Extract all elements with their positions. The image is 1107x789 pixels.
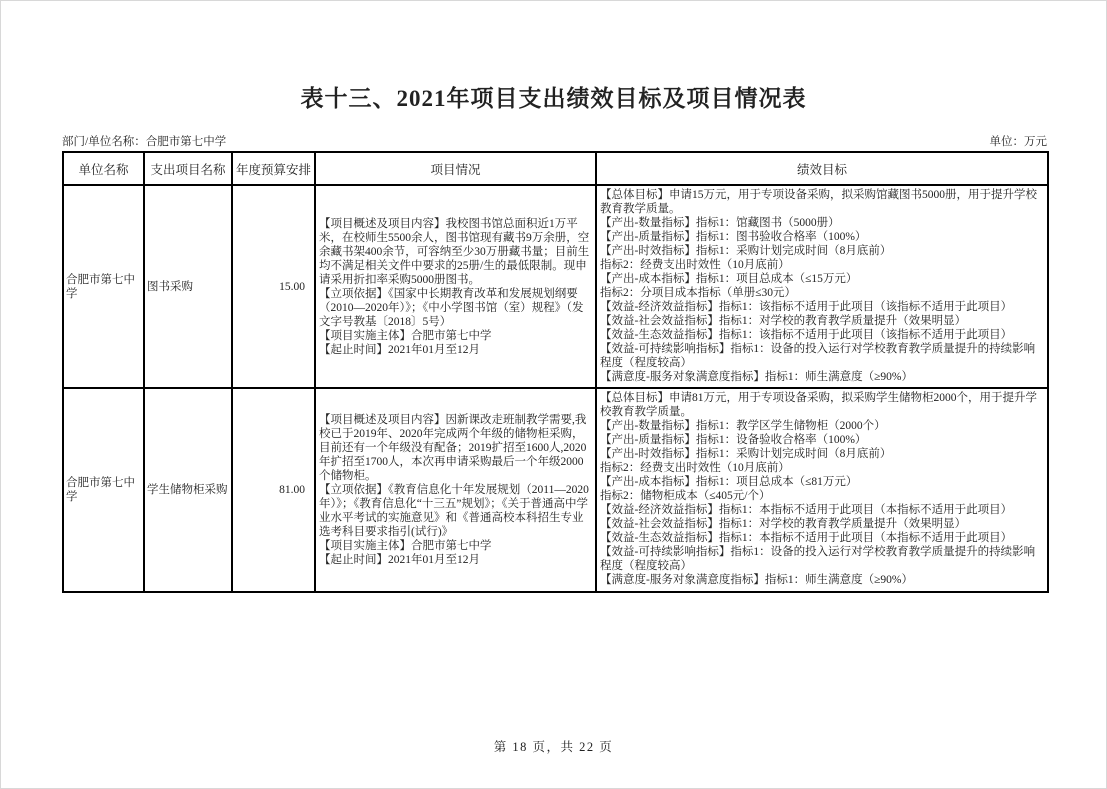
paragraph: 指标2：经费支出时效性（10月底前） — [600, 258, 1043, 272]
paragraph: 【产出-成本指标】指标1：项目总成本（≤15万元） — [600, 272, 1043, 286]
paragraph: 【效益-经济效益指标】指标1：该指标不适用于此项目（该指标不适用于此项目） — [600, 300, 1043, 314]
paragraph: 【项目概述及项目内容】我校图书馆总面积近1万平米，在校师生5500余人，图书馆现… — [319, 217, 591, 287]
cell-project-situation: 【项目概述及项目内容】我校图书馆总面积近1万平米，在校师生5500余人，图书馆现… — [315, 185, 596, 388]
currency-unit-label: 单位：万元 — [990, 135, 1048, 149]
paragraph: 【产出-质量指标】指标1：图书验收合格率（100%） — [600, 230, 1043, 244]
paragraph: 【效益-社会效益指标】指标1：对学校的教育教学质量提升（效果明显） — [600, 517, 1043, 531]
cell-unit-name: 合肥市第七中学 — [63, 185, 144, 388]
paragraph: 【项目实施主体】合肥市第七中学 — [319, 329, 591, 343]
col-header-unit-name: 单位名称 — [63, 152, 144, 185]
paragraph: 【立项依据】《教育信息化十年发展规划（2011—2020年）》；《教育信息化“十… — [319, 483, 591, 539]
table-meta-line: 部门/单位名称：合肥市第七中学 单位：万元 — [62, 135, 1047, 149]
col-header-project-situation: 项目情况 — [315, 152, 596, 185]
paragraph: 指标2：分项目成本指标（单册≤30元） — [600, 286, 1043, 300]
paragraph: 【满意度-服务对象满意度指标】指标1：师生满意度（≥90%） — [600, 370, 1043, 384]
paragraph: 指标2：储物柜成本（≤405元/个） — [600, 489, 1043, 503]
paragraph: 【效益-生态效益指标】指标1：该指标不适用于此项目（该指标不适用于此项目） — [600, 328, 1043, 342]
paragraph: 【产出-数量指标】指标1：教学区学生储物柜（2000个） — [600, 419, 1043, 433]
table-row: 合肥市第七中学 学生储物柜采购 81.00 【项目概述及项目内容】因新课改走班制… — [63, 388, 1048, 592]
paragraph: 【产出-时效指标】指标1：采购计划完成时间（8月底前） — [600, 244, 1043, 258]
paragraph: 【立项依据】《国家中长期教育改革和发展规划纲要（2010—2020年）》；《中小… — [319, 287, 591, 329]
paragraph: 【项目概述及项目内容】因新课改走班制教学需要,我校已于2019年、2020年完成… — [319, 413, 591, 483]
paragraph: 【起止时间】2021年01月至12月 — [319, 343, 591, 357]
paragraph: 【总体目标】申请81万元，用于专项设备采购，拟采购学生储物柜2000个，用于提升… — [600, 391, 1043, 419]
cell-annual-budget: 81.00 — [232, 388, 315, 592]
table-row: 合肥市第七中学 图书采购 15.00 【项目概述及项目内容】我校图书馆总面积近1… — [63, 185, 1048, 388]
cell-project-name: 图书采购 — [144, 185, 232, 388]
paragraph: 【产出-质量指标】指标1：设备验收合格率（100%） — [600, 433, 1043, 447]
paragraph: 【效益-可持续影响指标】指标1：设备的投入运行对学校教育教学质量提升的持续影响程… — [600, 545, 1043, 573]
performance-targets-table: 单位名称 支出项目名称 年度预算安排 项目情况 绩效目标 合肥市第七中学 图书采… — [62, 151, 1049, 593]
col-header-annual-budget: 年度预算安排 — [232, 152, 315, 185]
paragraph: 【起止时间】2021年01月至12月 — [319, 553, 591, 567]
page-number: 第 18 页，共 22 页 — [0, 737, 1107, 755]
paragraph: 【效益-生态效益指标】指标1：本指标不适用于此项目（本指标不适用于此项目） — [600, 531, 1043, 545]
paragraph: 指标2：经费支出时效性（10月底前） — [600, 461, 1043, 475]
paragraph: 【总体目标】申请15万元，用于专项设备采购，拟采购馆藏图书5000册，用于提升学… — [600, 188, 1043, 216]
cell-project-situation: 【项目概述及项目内容】因新课改走班制教学需要,我校已于2019年、2020年完成… — [315, 388, 596, 592]
cell-project-name: 学生储物柜采购 — [144, 388, 232, 592]
col-header-project-name: 支出项目名称 — [144, 152, 232, 185]
cell-annual-budget: 15.00 — [232, 185, 315, 388]
department-unit-name: 部门/单位名称：合肥市第七中学 — [62, 135, 226, 149]
cell-performance-targets: 【总体目标】申请15万元，用于专项设备采购，拟采购馆藏图书5000册，用于提升学… — [596, 185, 1048, 388]
document-page: 表十三、2021年项目支出绩效目标及项目情况表 部门/单位名称：合肥市第七中学 … — [0, 0, 1107, 789]
paragraph: 【项目实施主体】合肥市第七中学 — [319, 539, 591, 553]
cell-performance-targets: 【总体目标】申请81万元，用于专项设备采购，拟采购学生储物柜2000个，用于提升… — [596, 388, 1048, 592]
cell-unit-name: 合肥市第七中学 — [63, 388, 144, 592]
paragraph: 【满意度-服务对象满意度指标】指标1：师生满意度（≥90%） — [600, 573, 1043, 587]
paragraph: 【产出-成本指标】指标1：项目总成本（≤81万元） — [600, 475, 1043, 489]
paragraph: 【效益-经济效益指标】指标1：本指标不适用于此项目（本指标不适用于此项目） — [600, 503, 1043, 517]
col-header-performance-targets: 绩效目标 — [596, 152, 1048, 185]
paragraph: 【效益-可持续影响指标】指标1：设备的投入运行对学校教育教学质量提升的持续影响程… — [600, 342, 1043, 370]
header-row: 单位名称 支出项目名称 年度预算安排 项目情况 绩效目标 — [63, 152, 1048, 185]
paragraph: 【产出-时效指标】指标1：采购计划完成时间（8月底前） — [600, 447, 1043, 461]
paragraph: 【产出-数量指标】指标1：馆藏图书（5000册） — [600, 216, 1043, 230]
page-title: 表十三、2021年项目支出绩效目标及项目情况表 — [0, 80, 1107, 113]
paragraph: 【效益-社会效益指标】指标1：对学校的教育教学质量提升（效果明显） — [600, 314, 1043, 328]
